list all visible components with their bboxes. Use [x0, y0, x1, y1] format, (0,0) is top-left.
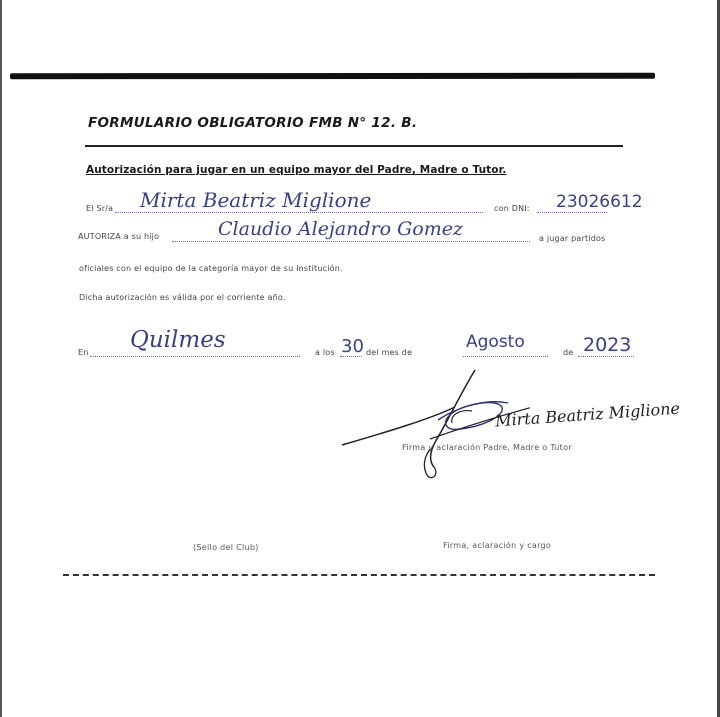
- dni-handwritten: 23026612: [556, 192, 643, 212]
- line3-text: oficiales con el equipo de la categoría …: [79, 264, 343, 273]
- year-field-line: [578, 356, 634, 357]
- official-sign-label: Firma, aclaración y cargo: [443, 541, 551, 550]
- bottom-dashed-line: [63, 574, 655, 576]
- signature-caption: Firma y aclaración Padre, Madre o Tutor: [402, 443, 572, 452]
- line4-text: Dicha autorización es válida por el corr…: [79, 293, 286, 302]
- parent-name-handwritten: Mirta Beatriz Miglione: [140, 188, 371, 212]
- month-handwritten: Agosto: [466, 332, 525, 352]
- year-handwritten: 2023: [583, 334, 631, 356]
- title-divider: [85, 145, 623, 147]
- seal-label: (Sello del Club): [193, 543, 259, 552]
- day-label: a los: [315, 348, 335, 357]
- dni-label: con DNI:: [494, 204, 530, 213]
- month-field-line: [463, 356, 548, 357]
- dni-field-line: [537, 212, 607, 213]
- line1-prefix: El Sr/a: [86, 204, 113, 213]
- year-label: de: [563, 348, 573, 357]
- left-border: [0, 0, 2, 717]
- month-label: del mes de: [366, 348, 412, 357]
- top-heavy-rule: [10, 73, 655, 80]
- child-field-line: [172, 241, 530, 242]
- line2-prefix: AUTORIZA a su hijo: [78, 232, 159, 241]
- form-subtitle: Autorización para jugar en un equipo may…: [86, 164, 506, 176]
- child-name-handwritten: Claudio Alejandro Gomez: [218, 218, 463, 240]
- day-handwritten: 30: [341, 336, 364, 357]
- place-field-line: [90, 356, 300, 357]
- name-field-line: [115, 212, 483, 213]
- line2-suffix: a jugar partidos: [539, 234, 606, 243]
- form-title: FORMULARIO OBLIGATORIO FMB N° 12. B.: [88, 115, 417, 131]
- place-handwritten: Quilmes: [130, 327, 226, 353]
- place-prefix: En: [78, 348, 89, 357]
